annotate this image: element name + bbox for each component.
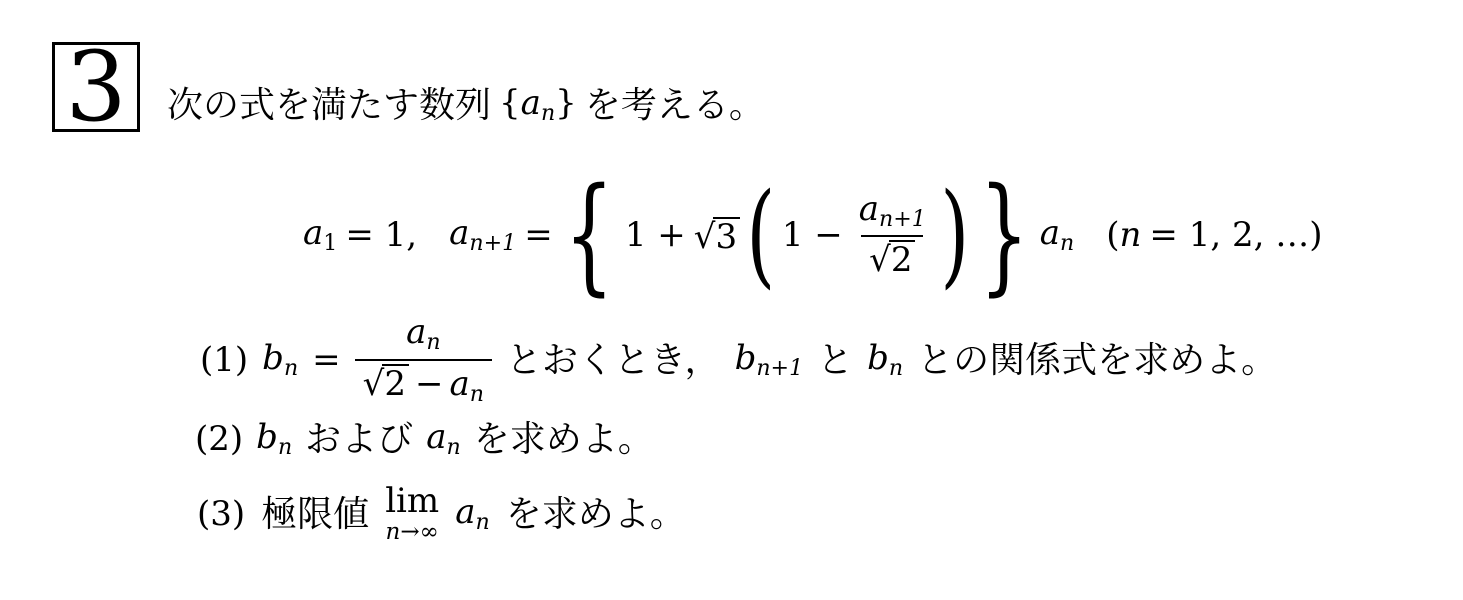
var-an-den: an bbox=[449, 364, 484, 404]
right-parenthesis: ) bbox=[940, 179, 969, 291]
problem-number: 3 bbox=[65, 39, 126, 135]
set-brace-close: } bbox=[555, 83, 577, 123]
sqrt-two: √2 bbox=[363, 364, 409, 401]
question-3-label: (3) bbox=[197, 493, 245, 536]
var-b: b bbox=[262, 338, 284, 378]
var-bn1: bn+1 bbox=[735, 337, 804, 383]
problem-intro-line: 次の式を満たす数列 {an} を考える。 bbox=[167, 83, 765, 127]
radical-sign: √ bbox=[694, 220, 716, 254]
var-a: a bbox=[521, 83, 541, 123]
equals-sign: = bbox=[524, 214, 553, 257]
var-b: b bbox=[867, 338, 889, 378]
math-problem-page: 3 次の式を満たす数列 {an} を考える。 a1 = 1, an+1 = { … bbox=[0, 0, 1463, 600]
lim-underscript: n→∞ bbox=[386, 521, 439, 544]
sqrt-two: √2 bbox=[869, 240, 915, 277]
var-a: a bbox=[455, 492, 475, 532]
var-an1-num-subscript: n+1 bbox=[879, 206, 926, 232]
var-bn-definition: bn bbox=[262, 337, 298, 383]
sequence-set-notation: {an} bbox=[499, 82, 577, 128]
var-an: an bbox=[455, 491, 490, 537]
limit-operator: lim n→∞ bbox=[385, 484, 439, 544]
question-2-text-tail: を求めよ。 bbox=[474, 417, 654, 462]
one-minus-term: 1 − bbox=[782, 214, 843, 257]
lim-under-var-n: n bbox=[386, 519, 401, 545]
minus-sign: − bbox=[415, 364, 444, 404]
initial-term: a1 bbox=[303, 212, 337, 258]
question-2-label: (2) bbox=[195, 418, 243, 461]
var-b-subscript: n bbox=[889, 355, 903, 381]
question-1: (1) bn = an √2−an とおくとき， bn+1 と bn との関係式… bbox=[200, 314, 1277, 406]
recurrence-equation: a1 = 1, an+1 = { 1 + √3 ( 1 − an+1 √2 ) … bbox=[303, 174, 1322, 296]
lim-under-arrow-infinity: →∞ bbox=[400, 519, 438, 545]
var-b-subscript: n+1 bbox=[756, 355, 803, 381]
next-term: an+1 bbox=[449, 212, 516, 258]
multiplied-term-an: an bbox=[1040, 212, 1075, 258]
var-an: a bbox=[1040, 213, 1060, 253]
question-1-label: (1) bbox=[200, 339, 248, 382]
radicand-two: 2 bbox=[889, 240, 916, 277]
left-parenthesis: ( bbox=[747, 179, 776, 291]
var-a: a bbox=[426, 417, 446, 457]
var-bn: bn bbox=[867, 337, 903, 383]
question-2: (2) bn および an を求めよ。 bbox=[195, 416, 654, 462]
question-3: (3) 極限値 lim n→∞ an を求めよ。 bbox=[197, 482, 686, 546]
var-a1-subscript: 1 bbox=[323, 230, 337, 256]
one-plus-term: 1 + bbox=[625, 214, 686, 257]
fraction-numerator: an+1 bbox=[851, 190, 934, 236]
condition-n-range: (n= 1, 2, …) bbox=[1106, 214, 1322, 257]
var-a-subscript: n bbox=[470, 381, 484, 407]
condition-open-paren: ( bbox=[1106, 215, 1119, 255]
radical-sign: √ bbox=[869, 243, 891, 277]
intro-text-pre: 次の式を満たす数列 bbox=[167, 83, 491, 128]
var-bn: bn bbox=[256, 416, 292, 462]
var-a: a bbox=[449, 364, 469, 404]
var-a-subscript: n bbox=[426, 329, 440, 355]
fraction-denominator: √2−an bbox=[355, 359, 492, 408]
fraction-denominator: √2 bbox=[861, 235, 923, 280]
intro-text-post: を考える。 bbox=[585, 83, 765, 128]
question-1-text-and: と bbox=[817, 338, 853, 383]
left-curly-brace: { bbox=[564, 172, 614, 298]
var-an1: a bbox=[449, 213, 469, 253]
lim-word: lim bbox=[385, 484, 439, 518]
var-a-subscript: n bbox=[475, 509, 489, 535]
fraction-an-over-sqrt2-minus-an: an √2−an bbox=[355, 313, 492, 407]
var-an-subscript: n bbox=[1060, 230, 1074, 256]
var-b-subscript: n bbox=[284, 355, 298, 381]
var-a-subscript: n bbox=[541, 100, 555, 126]
var-an1-num: a bbox=[859, 189, 879, 229]
problem-number-box: 3 bbox=[52, 42, 140, 132]
right-curly-brace: } bbox=[979, 172, 1029, 298]
var-an1-subscript: n+1 bbox=[469, 230, 516, 256]
question-3-text-pre: 極限値 bbox=[261, 492, 369, 537]
question-3-text-tail: を求めよ。 bbox=[506, 492, 686, 537]
condition-var-n: n bbox=[1120, 215, 1142, 255]
condition-values: = 1, 2, …) bbox=[1149, 215, 1322, 255]
var-a: a bbox=[406, 312, 426, 352]
set-brace-open: { bbox=[499, 83, 521, 123]
radical-sign: √ bbox=[363, 367, 385, 401]
question-1-text-tail: との関係式を求めよ。 bbox=[917, 338, 1277, 383]
equals-sign: = bbox=[312, 339, 341, 382]
var-b: b bbox=[735, 338, 757, 378]
question-2-text-and: および bbox=[305, 417, 413, 462]
fraction-an1-over-sqrt2: an+1 √2 bbox=[851, 190, 934, 281]
var-b-subscript: n bbox=[278, 434, 292, 460]
question-1-text-middle: とおくとき， bbox=[506, 338, 721, 383]
var-a-subscript: n bbox=[446, 434, 460, 460]
radicand-two: 2 bbox=[382, 364, 409, 401]
var-b: b bbox=[256, 417, 278, 457]
var-an: an bbox=[426, 416, 461, 462]
fraction-numerator: an bbox=[398, 313, 449, 359]
var-a1: a bbox=[303, 213, 323, 253]
sqrt-three: √3 bbox=[694, 217, 740, 254]
radicand-three: 3 bbox=[713, 217, 740, 254]
initial-term-value: = 1, bbox=[345, 214, 417, 257]
